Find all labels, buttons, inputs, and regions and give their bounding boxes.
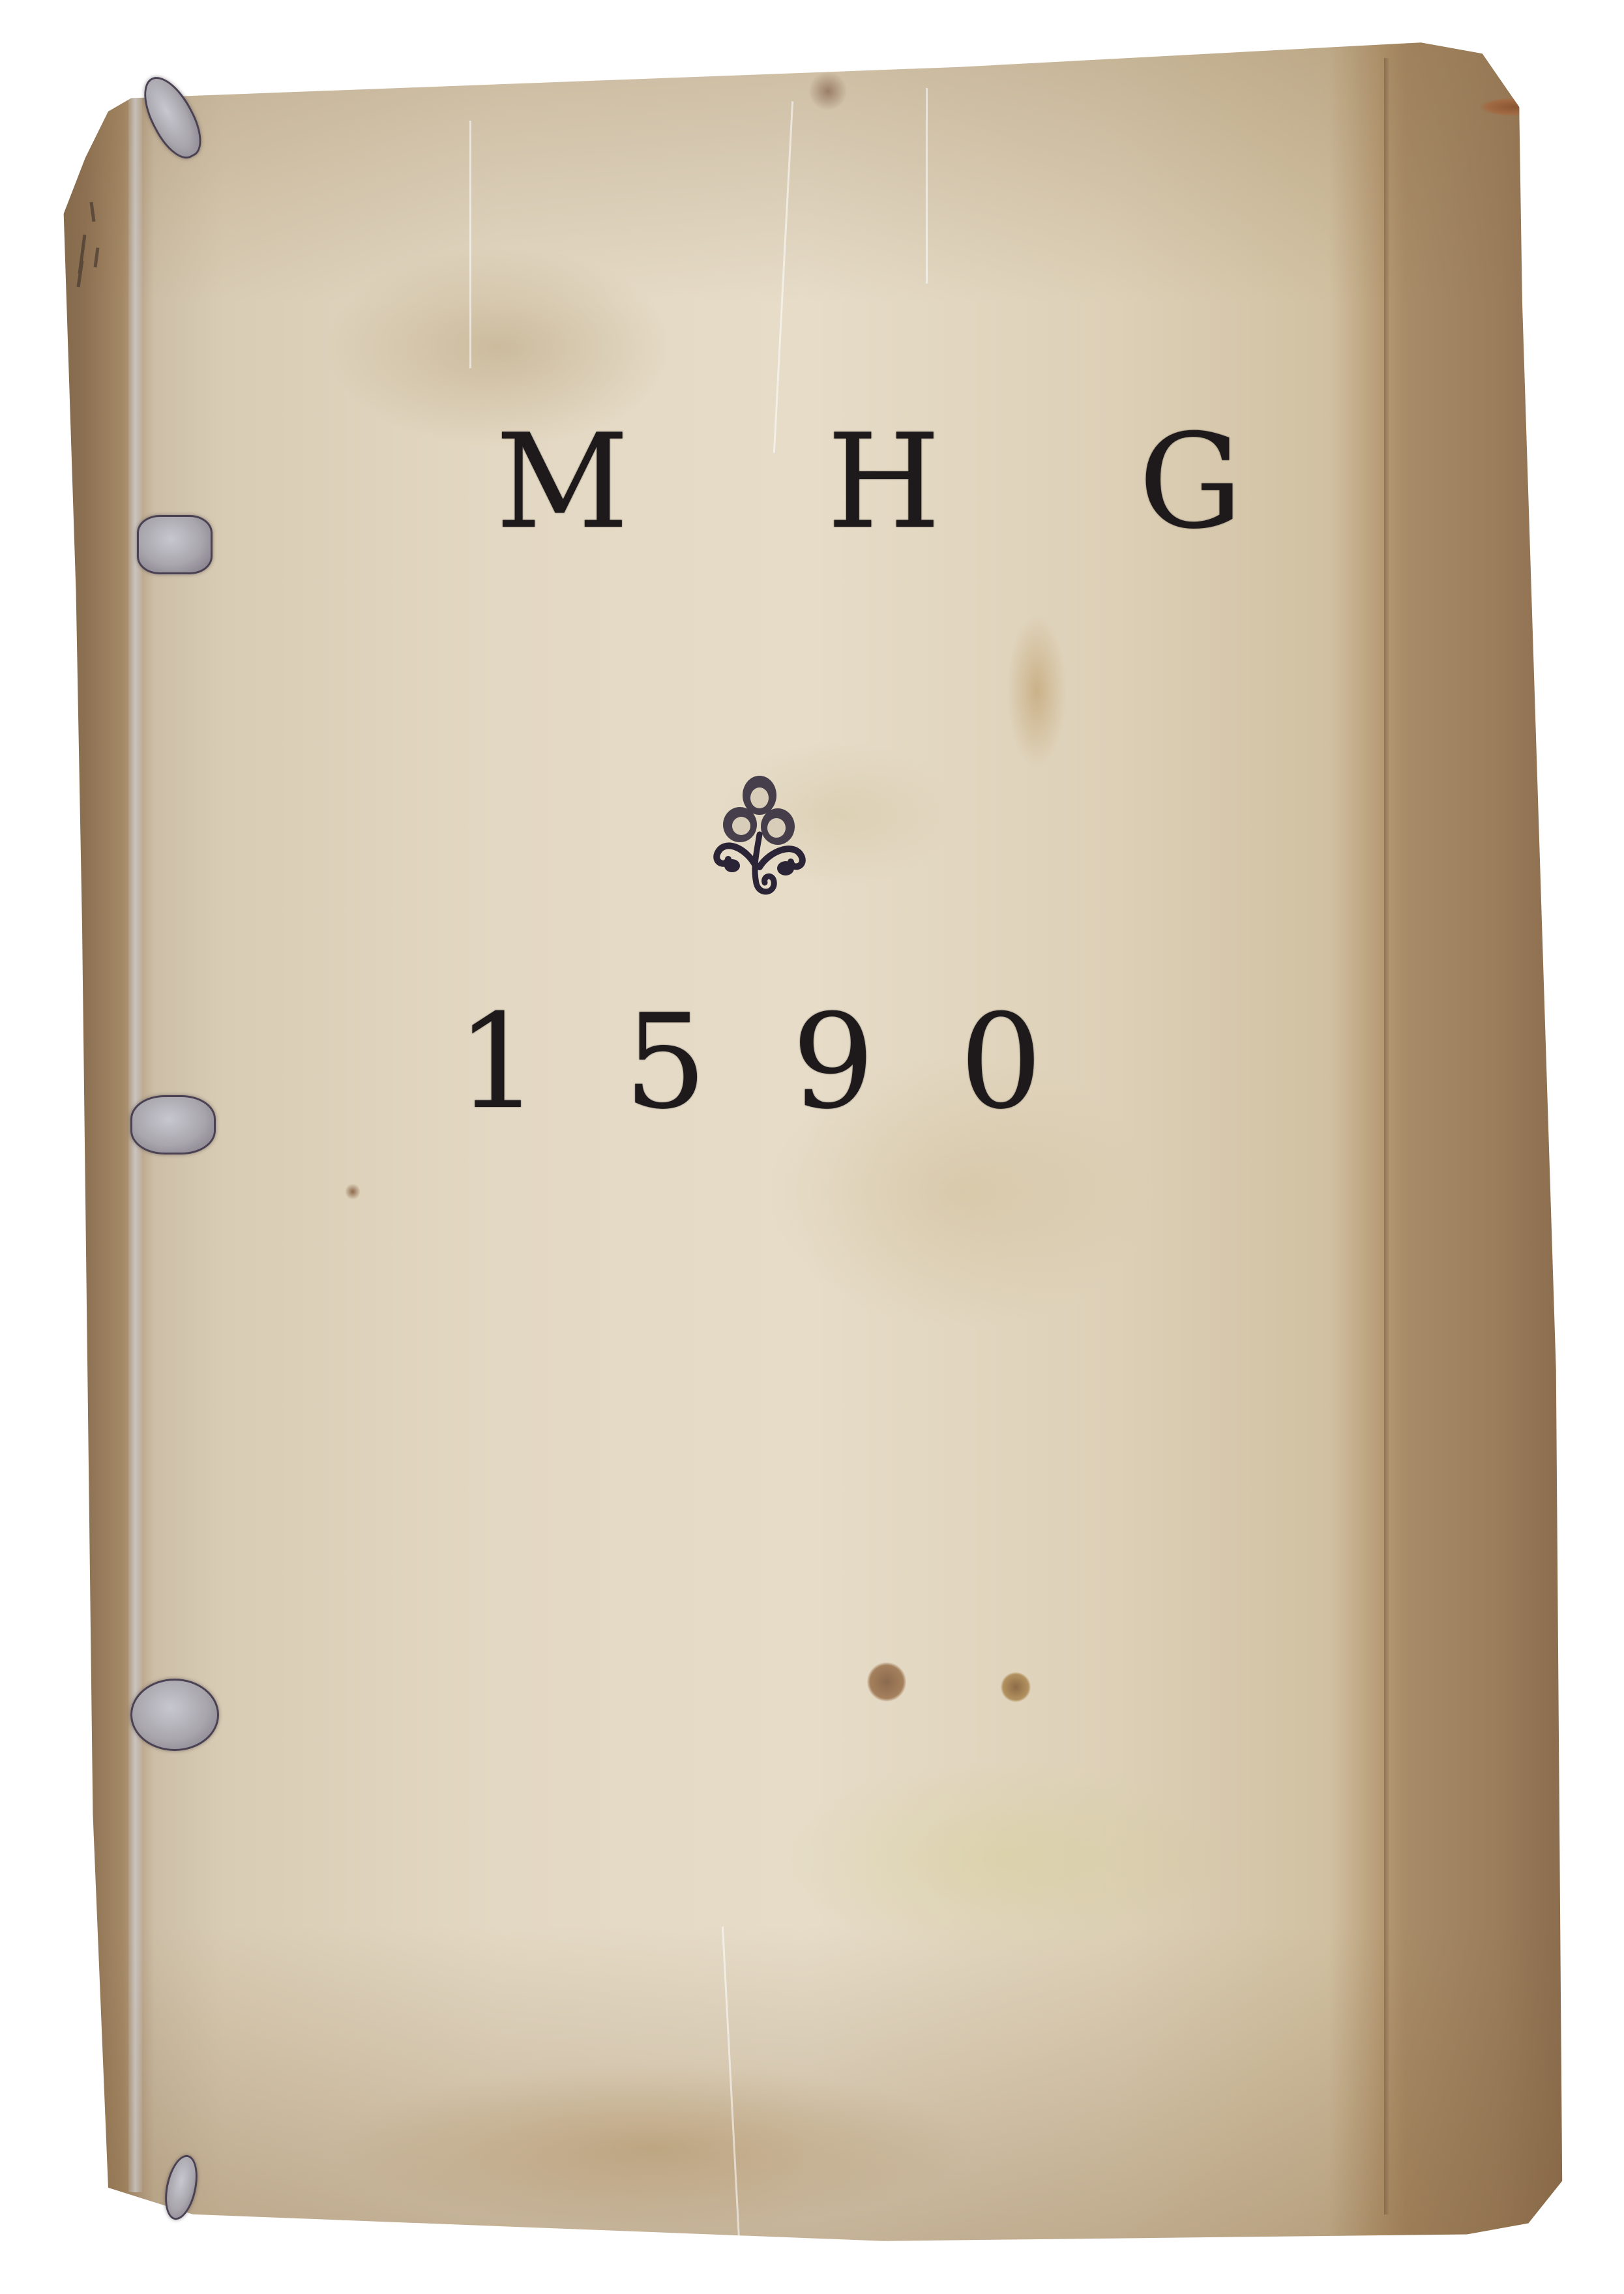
book-cover: [39, 36, 1574, 2259]
trefoil-fleuron-icon: [694, 769, 825, 913]
spine-tacket: [137, 515, 213, 574]
vellum-crease: [469, 121, 471, 368]
stain: [808, 72, 848, 111]
cover-year: 1590: [456, 997, 1127, 1128]
stain: [1480, 98, 1548, 116]
stain: [346, 1183, 360, 1200]
spine-tacket: [130, 1095, 216, 1154]
stain: [867, 1662, 906, 1701]
vellum-crease: [722, 1926, 741, 2252]
vellum-crease: [773, 101, 793, 452]
spine-ink-mark: [65, 196, 111, 313]
stain: [1001, 1672, 1031, 1702]
fore-edge-turn-in: [1384, 58, 1389, 2214]
stain: [1007, 616, 1066, 766]
spine-tacket: [130, 1679, 219, 1751]
cover-initials: M H G: [495, 417, 1321, 548]
vellum-crease: [926, 88, 928, 284]
